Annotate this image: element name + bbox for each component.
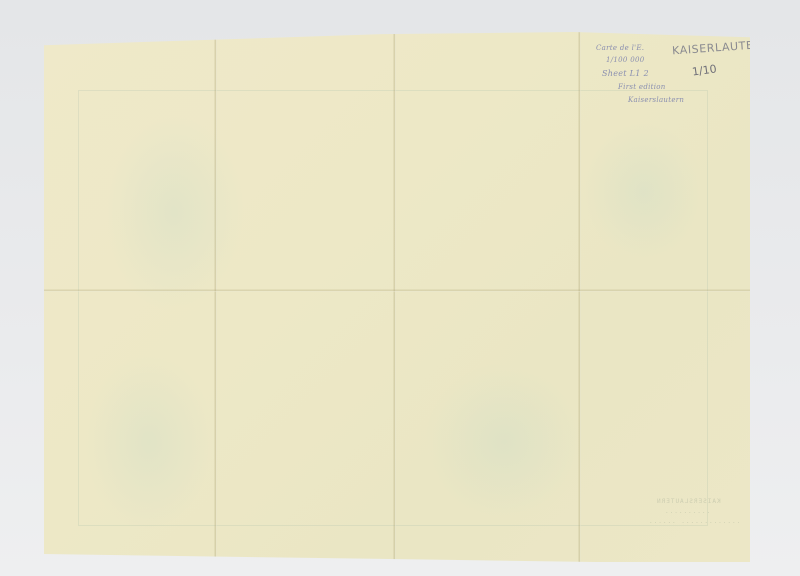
note-line-5: Kaiserslautern <box>628 96 684 104</box>
vertical-fold-1 <box>214 32 217 562</box>
sheet-mark: 1/10 <box>691 62 717 78</box>
map-sheet: Carte de l'E. 1/100 000 Sheet L1 2 First… <box>44 32 750 562</box>
ghost-line-1: KAISERSLAUTERN <box>656 498 721 505</box>
ghost-line-3: ............. ...... <box>648 518 740 525</box>
note-line-2: 1/100 000 <box>606 56 644 64</box>
horizontal-fold <box>44 289 750 292</box>
note-line-4: First edition <box>618 83 666 91</box>
note-line-3: Sheet L1 2 <box>602 69 649 78</box>
handwritten-title: KAISERLAUTERN <box>672 38 771 58</box>
vertical-fold-3 <box>578 32 581 562</box>
ghost-line-2: .......... <box>664 508 710 515</box>
note-line-1: Carte de l'E. <box>596 44 644 52</box>
vertical-fold-2 <box>393 32 396 562</box>
